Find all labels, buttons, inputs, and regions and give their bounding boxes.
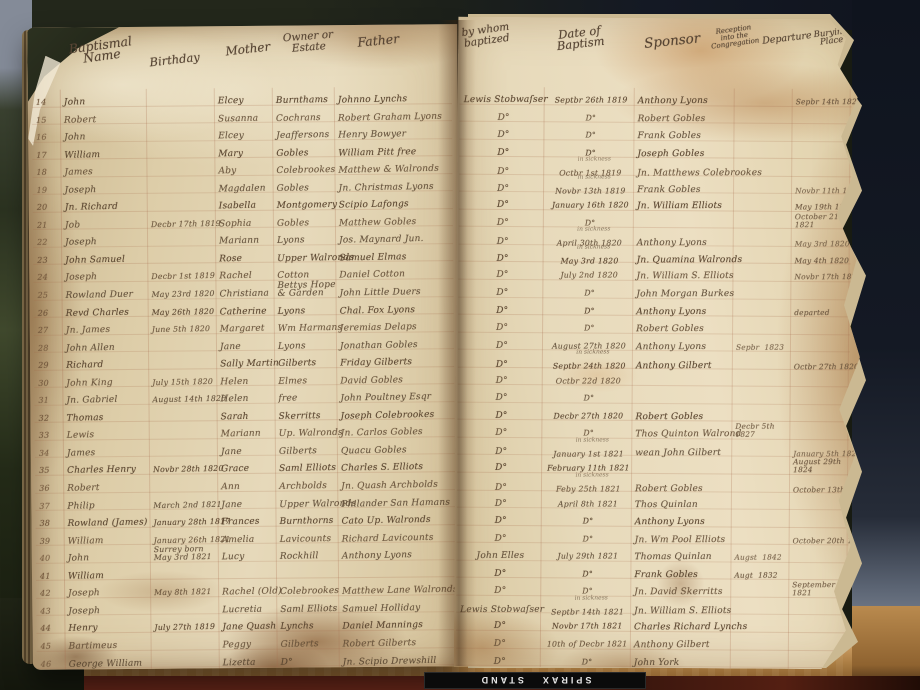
- baptism-date: in sicknessJanuary 1st 1821: [541, 438, 631, 461]
- baptismal-name: Joseph: [64, 598, 150, 618]
- sponsor-name-text: Anthony Lyons: [638, 97, 708, 105]
- baptismal-name: George William: [65, 650, 151, 670]
- sponsor-name-text: Jn. Wm Pool Elliots: [635, 536, 726, 544]
- baptizer-name: D°: [459, 228, 543, 248]
- in-sickness-note: in sickness: [552, 596, 630, 600]
- baptismal-name: Joseph: [61, 229, 147, 249]
- row-number: 24: [33, 265, 61, 284]
- baptism-date-text: D°: [581, 658, 592, 666]
- baptizer-name-text: D°: [494, 587, 506, 595]
- father-name-text: Henry Bowyer: [338, 130, 406, 139]
- baptizer-name-text: Lewis Stobwaſser: [464, 96, 548, 104]
- baptismal-name-text: William: [64, 151, 100, 160]
- baptizer-name-text: D°: [497, 131, 509, 139]
- owner-or-estate-text: Burnthams: [276, 96, 328, 105]
- mother-name: Jane: [217, 491, 275, 511]
- row-number-text: 14: [36, 99, 47, 107]
- row-number: 18: [32, 160, 60, 179]
- birthday: [148, 334, 216, 354]
- owner-or-estate-text: Elmes: [278, 377, 307, 386]
- reception-date: [730, 650, 788, 669]
- sponsor-name: Frank Gobles: [633, 177, 733, 197]
- mother-name-text: Sally Martin: [220, 360, 279, 369]
- baptism-date-text: Octbr 22d 1820: [556, 377, 621, 385]
- reception-date: [732, 317, 790, 336]
- baptizer-name: D°: [457, 490, 541, 510]
- sponsor-name: John York: [630, 649, 730, 669]
- owner-or-estate: Saml Elliots: [275, 456, 337, 476]
- row-number-text: 24: [37, 274, 48, 282]
- mother-name: Grace: [217, 456, 275, 476]
- row-number: 36: [35, 476, 63, 495]
- owner-or-estate: Elmes: [274, 368, 336, 388]
- reception-date: [732, 264, 790, 283]
- owner-or-estate: Gilberts: [274, 350, 336, 370]
- baptism-date-text: D°: [582, 535, 593, 543]
- row-number-text: 22: [37, 239, 48, 247]
- register-row-right: D°D°John Morgan Burkes: [458, 280, 850, 300]
- father-name-text: Friday Gilberts: [340, 358, 412, 367]
- row-number-text: 31: [38, 397, 49, 405]
- row-number-text: 42: [40, 590, 51, 598]
- father-name-text: Johnno Lynchs: [338, 95, 408, 104]
- baptism-date-text: Novbr 17th 1821: [552, 623, 623, 631]
- row-number: 29: [34, 353, 62, 372]
- baptizer-name-text: D°: [496, 377, 508, 385]
- mother-name: Mariann: [217, 421, 275, 441]
- mother-name-text: Rose: [219, 255, 242, 263]
- baptismal-name-text: Lewis: [67, 432, 95, 441]
- baptismal-name-text: Revd Charles: [66, 308, 130, 317]
- header-baptismal-name: Baptismal Name: [68, 35, 134, 65]
- mother-name-text: Ann: [221, 483, 240, 491]
- owner-or-estate-text: Lyons: [278, 307, 306, 316]
- sponsor-name: Thomas Quinlan: [630, 544, 730, 564]
- mother-name: Mary: [214, 140, 272, 160]
- register-row-left: 19JosephMagdalenGoblesJn. Christmas Lyon…: [33, 174, 453, 195]
- header-departure: Departure: [762, 30, 813, 47]
- row-number: 22: [33, 230, 61, 249]
- baptizer-name: D°: [459, 122, 543, 142]
- row-number-text: 17: [36, 151, 47, 159]
- baptizer-name-text: D°: [495, 517, 507, 525]
- row-number: 45: [36, 634, 64, 653]
- row-number: 31: [34, 388, 62, 407]
- father-name: John Little Duers: [335, 279, 453, 299]
- mother-name-text: Sarah: [221, 413, 249, 422]
- baptismal-name-text: John: [64, 98, 86, 106]
- baptizer-name: D°: [457, 420, 541, 440]
- baptismal-name-text: Jn. Richard: [65, 203, 118, 212]
- baptismal-name: Philip: [63, 492, 149, 512]
- baptismal-name: Rowland Duer: [61, 282, 147, 302]
- sponsor-name-text: Jn. William S. Elliots: [636, 272, 733, 280]
- mother-name: Catherine: [216, 298, 274, 318]
- father-name-text: Jos. Maynard Jun.: [339, 235, 424, 245]
- mother-name: Amelia: [218, 526, 276, 546]
- father-name: Jn. Scipio Drewshill: [339, 648, 457, 668]
- mother-name-text: Lucy: [222, 553, 245, 561]
- owner-or-estate-text: Saml Elliots: [279, 464, 336, 473]
- baptizer-name-text: D°: [496, 324, 508, 332]
- baptismal-name-text: Joseph: [68, 589, 100, 598]
- right-page-rows: Lewis StobwaſserSeptbr 26th 1819Anthony …: [456, 87, 852, 670]
- owner-or-estate-text: Gilberts: [281, 640, 319, 649]
- register-row-left: 28John AllenJaneLyonsJonathan Gobles: [34, 332, 454, 353]
- sponsor-name: [632, 386, 732, 406]
- row-number: 16: [32, 125, 60, 144]
- reception-date: [730, 580, 788, 599]
- owner-or-estate-text: Colebrookes: [280, 587, 339, 596]
- row-number: 35: [35, 458, 63, 477]
- row-number: 21: [33, 212, 61, 231]
- mother-name: Elcey: [214, 88, 272, 108]
- sponsor-name: Jn. William S. Elliots: [630, 598, 730, 618]
- baptizer-name-text: D°: [495, 429, 507, 437]
- departure-date: [790, 317, 856, 336]
- mother-name-text: Frances: [221, 518, 259, 527]
- row-number-text: 23: [37, 257, 48, 265]
- stand-label-text-top: SPIRAX: [540, 676, 592, 686]
- baptism-date-text: Novbr 13th 1819: [555, 187, 626, 195]
- mother-name: Rachel: [215, 263, 273, 283]
- birthday: [146, 123, 214, 143]
- owner-or-estate-text: Saml Elliots: [280, 605, 337, 614]
- baptizer-name-text: D°: [497, 185, 509, 193]
- reception-date: [733, 230, 791, 249]
- sponsor-name-text: Robert Gobles: [638, 115, 706, 123]
- owner-or-estate: [276, 561, 338, 581]
- header-by-whom-baptized: by whom baptized: [461, 22, 512, 50]
- father-name: Quacu Gobles: [337, 437, 455, 457]
- reception-date: [734, 106, 792, 125]
- row-number-text: 39: [40, 537, 51, 545]
- mother-name-text: Susanna: [218, 114, 258, 123]
- mother-name-text: Lucretia: [222, 606, 262, 615]
- row-number: 26: [34, 300, 62, 319]
- sponsor-name-text: Jn. William Elliots: [637, 202, 722, 210]
- reception-date-text: Augt 1832: [734, 571, 777, 579]
- reception-date: [731, 492, 789, 511]
- mother-name-text: Helen: [220, 395, 248, 404]
- mother-name: Peggy: [218, 632, 276, 652]
- row-number: 43: [36, 598, 64, 617]
- register-row-left: 46George WilliamLizettaD°Jn. Scipio Drew…: [37, 648, 457, 669]
- mother-name: Sophia: [215, 211, 273, 231]
- mother-name: Sarah: [216, 404, 274, 424]
- owner-or-estate-text: Lyons: [278, 342, 306, 351]
- baptizer-name: Lewis Stobwaſser: [456, 597, 540, 617]
- mother-name-text: Rachel (Old): [222, 588, 282, 597]
- reception-date: [731, 510, 789, 529]
- baptizer-name-text: John Elles: [477, 552, 525, 560]
- register-row-right: Lewis Stobwaſserin sicknessSeptbr 14th 1…: [456, 595, 848, 615]
- reception-date-text: Decbr 5th 1827: [735, 423, 774, 439]
- row-number: 17: [32, 142, 60, 161]
- register-row-right: D°April 8th 1821Thos Quinlan: [457, 490, 849, 510]
- owner-or-estate: Rockhill: [276, 543, 338, 563]
- owner-or-estate: Skerritts: [274, 403, 336, 423]
- baptizer-name: D°: [456, 648, 540, 668]
- owner-or-estate-text: Lavicounts: [280, 535, 332, 544]
- reception-date: [732, 299, 790, 318]
- sponsor-name-text: Joseph Gobles: [637, 150, 704, 158]
- baptismal-name: Jn. Gabriel: [62, 387, 148, 407]
- father-name-text: Chal. Fox Lyons: [340, 306, 416, 315]
- row-number: 37: [35, 493, 63, 512]
- baptismal-name: John Allen: [62, 335, 148, 355]
- mother-name-text: Mariann: [219, 237, 259, 246]
- sponsor-name: wean John Gilbert: [631, 440, 731, 460]
- baptismal-name-text: William: [68, 572, 104, 581]
- row-number-text: 33: [39, 432, 50, 440]
- row-number: 30: [34, 370, 62, 389]
- baptismal-name-text: Joseph: [65, 274, 97, 283]
- sponsor-name-text: Jn. William S. Elliots: [634, 607, 731, 615]
- reception-date: [732, 387, 790, 406]
- row-number-text: 30: [38, 379, 49, 387]
- sponsor-name-text: John Morgan Burkes: [636, 290, 734, 298]
- baptism-date-text: D°: [584, 325, 595, 333]
- baptismal-name-text: John: [68, 554, 90, 562]
- owner-or-estate-text: Cochrans: [276, 114, 321, 123]
- father-name-text: Scipio Lafongs: [339, 200, 409, 209]
- reception-date-text: Sepbr 1823: [736, 343, 784, 351]
- sponsor-name-text: Anthony Lyons: [636, 343, 706, 351]
- register-row-left: 22JosephMariannLyonsJos. Maynard Jun.: [33, 227, 453, 248]
- sponsor-name-text: Thos Quinlan: [635, 501, 698, 509]
- departure-date-text: Sepbr 14th 1821: [796, 98, 862, 106]
- left-page-headers: Baptismal Name Birthday Mother Owner or …: [27, 24, 458, 90]
- birthday: [151, 650, 219, 670]
- row-number: 33: [35, 423, 63, 442]
- row-number-text: 28: [38, 344, 49, 352]
- father-name: Henry Bowyer: [334, 121, 452, 141]
- baptizer-name-text: D°: [497, 238, 509, 246]
- baptism-date-text: D°: [584, 290, 595, 298]
- departure-date: [790, 370, 856, 389]
- row-number: 38: [35, 511, 63, 530]
- birthday: [150, 597, 218, 617]
- owner-or-estate: Burnthorns: [275, 508, 337, 528]
- mother-name-text: Sophia: [219, 220, 252, 229]
- row-number: 34: [35, 441, 63, 460]
- father-name: Jonathan Gobles: [336, 332, 454, 352]
- row-number-text: 43: [40, 608, 51, 616]
- baptismal-name-text: Henry: [68, 625, 98, 634]
- row-number: 40: [36, 546, 64, 565]
- row-number: 42: [36, 581, 64, 600]
- baptismal-name: John: [60, 124, 146, 144]
- sponsor-name: Anthony Lyons: [632, 333, 732, 353]
- birthday-text: Surrey born May 3rd 1821: [154, 545, 212, 562]
- mother-name: Christiana: [215, 281, 273, 301]
- father-name-text: Jn. Christmas Lyons: [339, 183, 434, 193]
- departure-date: October 20th 1821: [789, 528, 855, 547]
- baptismal-name-text: Charles Henry: [67, 466, 136, 475]
- baptismal-name-text: Thomas: [67, 414, 104, 423]
- sponsor-name-text: Frank Gobles: [634, 571, 698, 579]
- owner-or-estate: Jeaffersons: [272, 122, 334, 142]
- birthday-text: May 8th 1821: [154, 588, 212, 597]
- baptism-date-text: Septbr 14th 1821: [551, 608, 624, 616]
- baptizer-name: D°: [457, 439, 541, 459]
- owner-or-estate-text: D°: [281, 658, 293, 666]
- reception-date: [733, 178, 791, 197]
- mother-name: Isabella: [215, 193, 273, 213]
- reception-date: [731, 441, 789, 460]
- mother-name: Helen: [216, 368, 274, 388]
- owner-or-estate: Upper Walronds: [275, 491, 337, 511]
- baptismal-name: James: [63, 440, 149, 460]
- baptism-date: D°: [543, 122, 633, 142]
- father-name: Jos. Maynard Jun.: [335, 227, 453, 247]
- reception-date: [733, 124, 791, 143]
- baptism-date: July 29th 1821: [540, 543, 630, 563]
- father-name-text: Samuel Elmas: [339, 253, 406, 262]
- mother-name-text: Margaret: [220, 325, 265, 334]
- reception-date: [732, 282, 790, 301]
- in-sickness-note: in sickness: [555, 228, 633, 232]
- father-name-text: John Poultney Esqr: [340, 393, 431, 403]
- owner-or-estate: Saml Elliots: [276, 596, 338, 616]
- in-sickness-note: in sickness: [553, 473, 631, 477]
- register-row-left: 43JosephLucretiaSaml ElliotsSamuel Holli…: [36, 595, 456, 616]
- departure-date: May 3rd 1820 Lyons: [791, 231, 857, 250]
- father-name: Anthony Lyons: [338, 542, 456, 562]
- baptismal-name-text: Robert: [67, 484, 100, 493]
- mother-name-text: Elcey: [218, 132, 244, 140]
- sponsor-name-text: Thos Quinton Walrond: [635, 430, 741, 438]
- owner-or-estate: D°: [277, 649, 339, 669]
- owner-or-estate-text: Burnthorns: [279, 517, 333, 526]
- row-number: 27: [34, 318, 62, 337]
- baptizer-name-text: D°: [494, 570, 506, 578]
- header-reception: Reception into the Congregation: [709, 23, 760, 50]
- mother-name-text: Helen: [220, 378, 248, 387]
- register-row-right: D°in sicknessJanuary 1st 1821wean John G…: [457, 438, 849, 458]
- stand-label-text-bottom: STAND: [479, 676, 524, 686]
- baptizer-name: D°: [459, 176, 543, 196]
- baptizer-name: D°: [458, 332, 542, 352]
- row-number-text: 46: [41, 660, 52, 668]
- owner-or-estate: free: [274, 386, 336, 406]
- father-name-text: Jn. Scipio Drewshill: [343, 656, 437, 666]
- row-number-text: 44: [40, 625, 51, 633]
- baptism-date-text: D°: [585, 132, 596, 140]
- birthday: August 14th 1820: [148, 387, 216, 407]
- sponsor-name-text: Robert Gobles: [636, 325, 704, 333]
- row-number-text: 26: [38, 309, 49, 317]
- mother-name-text: Grace: [221, 465, 249, 474]
- mother-name-text: Mary: [218, 150, 243, 158]
- owner-or-estate: Lyons: [274, 333, 336, 353]
- baptizer-name-text: D°: [496, 342, 508, 350]
- baptismal-name-text: Bartimeus: [69, 642, 118, 651]
- baptizer-name-text: D°: [497, 201, 509, 209]
- baptism-date-text: Decbr 27th 1820: [554, 412, 624, 420]
- baptism-date-text: D°: [582, 518, 593, 526]
- register-row-left: 40JohnSurrey born May 3rd 1821LucyRockhi…: [36, 542, 456, 563]
- row-number-text: 34: [39, 450, 50, 458]
- mother-name-text: Jane Quash: [222, 623, 276, 632]
- birthday: March 2nd 1821: [149, 492, 217, 512]
- owner-or-estate-text: free: [278, 395, 297, 403]
- row-number: 25: [33, 283, 61, 302]
- mother-name: Jane: [217, 439, 275, 459]
- row-number-text: 38: [39, 520, 50, 528]
- father-name: Samuel Holliday: [338, 595, 456, 615]
- mother-name-text: Jane: [221, 448, 242, 456]
- header-sponsor: Sponsor: [644, 33, 701, 49]
- row-number: 14: [32, 90, 60, 109]
- mother-name: Frances: [217, 509, 275, 529]
- father-name: Jn. Christmas Lyons: [335, 174, 453, 194]
- right-page-headers: by whom baptized Date of Baptism Sponsor…: [458, 17, 862, 90]
- header-mother: Mother: [225, 41, 271, 57]
- departure-date: [788, 545, 854, 564]
- reception-date: [733, 211, 791, 230]
- mother-name: Ann: [217, 474, 275, 494]
- baptizer-name: John Elles: [456, 543, 540, 563]
- father-name-text: Anthony Lyons: [342, 551, 412, 560]
- baptismal-name-text: George William: [69, 659, 143, 668]
- baptizer-name-text: D°: [494, 622, 506, 630]
- father-name-text: Philander San Hamans: [341, 498, 450, 508]
- mother-name: Aby: [214, 158, 272, 178]
- father-name-text: Quacu Gobles: [341, 446, 407, 455]
- birthday-text: Decbr 1st 1819: [151, 272, 215, 281]
- baptism-date: April 8th 1821: [541, 491, 631, 511]
- row-number: 28: [34, 335, 62, 354]
- baptism-date-text: Septbr 26th 1819: [554, 96, 627, 104]
- baptismal-name-text: Rowland Duer: [65, 291, 133, 300]
- mother-name-text: Isabella: [219, 202, 257, 211]
- owner-or-estate-text: Gilberts: [279, 447, 317, 456]
- baptism-date-text: July 29th 1821: [557, 553, 618, 561]
- reception-date: [734, 89, 792, 108]
- mother-name-text: Mariann: [221, 430, 261, 439]
- row-number-text: 37: [39, 502, 50, 510]
- owner-or-estate: Lavicounts: [276, 526, 338, 546]
- row-number-text: 32: [39, 415, 50, 423]
- mother-name: Sally Martin: [216, 351, 274, 371]
- owner-or-estate: Bettys Hope & Garden: [273, 280, 335, 300]
- baptizer-name: D°: [458, 385, 542, 405]
- mother-name: Jane: [216, 333, 274, 353]
- owner-or-estate: Colebrookes: [276, 579, 338, 599]
- sponsor-name-text: Thomas Quinlan: [634, 553, 711, 561]
- header-owner-or-estate: Owner or Estate: [283, 29, 335, 55]
- mother-name: Jane Quash: [218, 614, 276, 634]
- register-row-right: D°in sicknessApril 30th 1820Anthony Lyon…: [459, 227, 851, 247]
- mother-name: Lizetta: [219, 649, 277, 669]
- baptismal-name-text: William: [68, 537, 104, 546]
- owner-or-estate: Colebrookes: [272, 157, 334, 177]
- owner-or-estate-text: Bettys Hope & Garden: [277, 281, 336, 298]
- row-number-text: 36: [39, 485, 50, 493]
- birthday-text: June 5th 1820: [152, 325, 210, 334]
- baptizer-name-text: Lewis Stobwaſser: [460, 606, 544, 614]
- register-row-left: 31Jn. GabrielAugust 14th 1820HelenfreeJo…: [34, 384, 454, 405]
- baptism-date: in sicknessNovbr 13th 1819: [543, 175, 633, 198]
- row-number: 15: [32, 107, 60, 126]
- baptizer-name-text: D°: [494, 657, 506, 665]
- sponsor-name-text: Anthony Lyons: [635, 518, 705, 526]
- mother-name-text: Jane: [221, 500, 242, 508]
- owner-or-estate-text: Gobles: [277, 219, 310, 228]
- row-number: 23: [33, 248, 61, 267]
